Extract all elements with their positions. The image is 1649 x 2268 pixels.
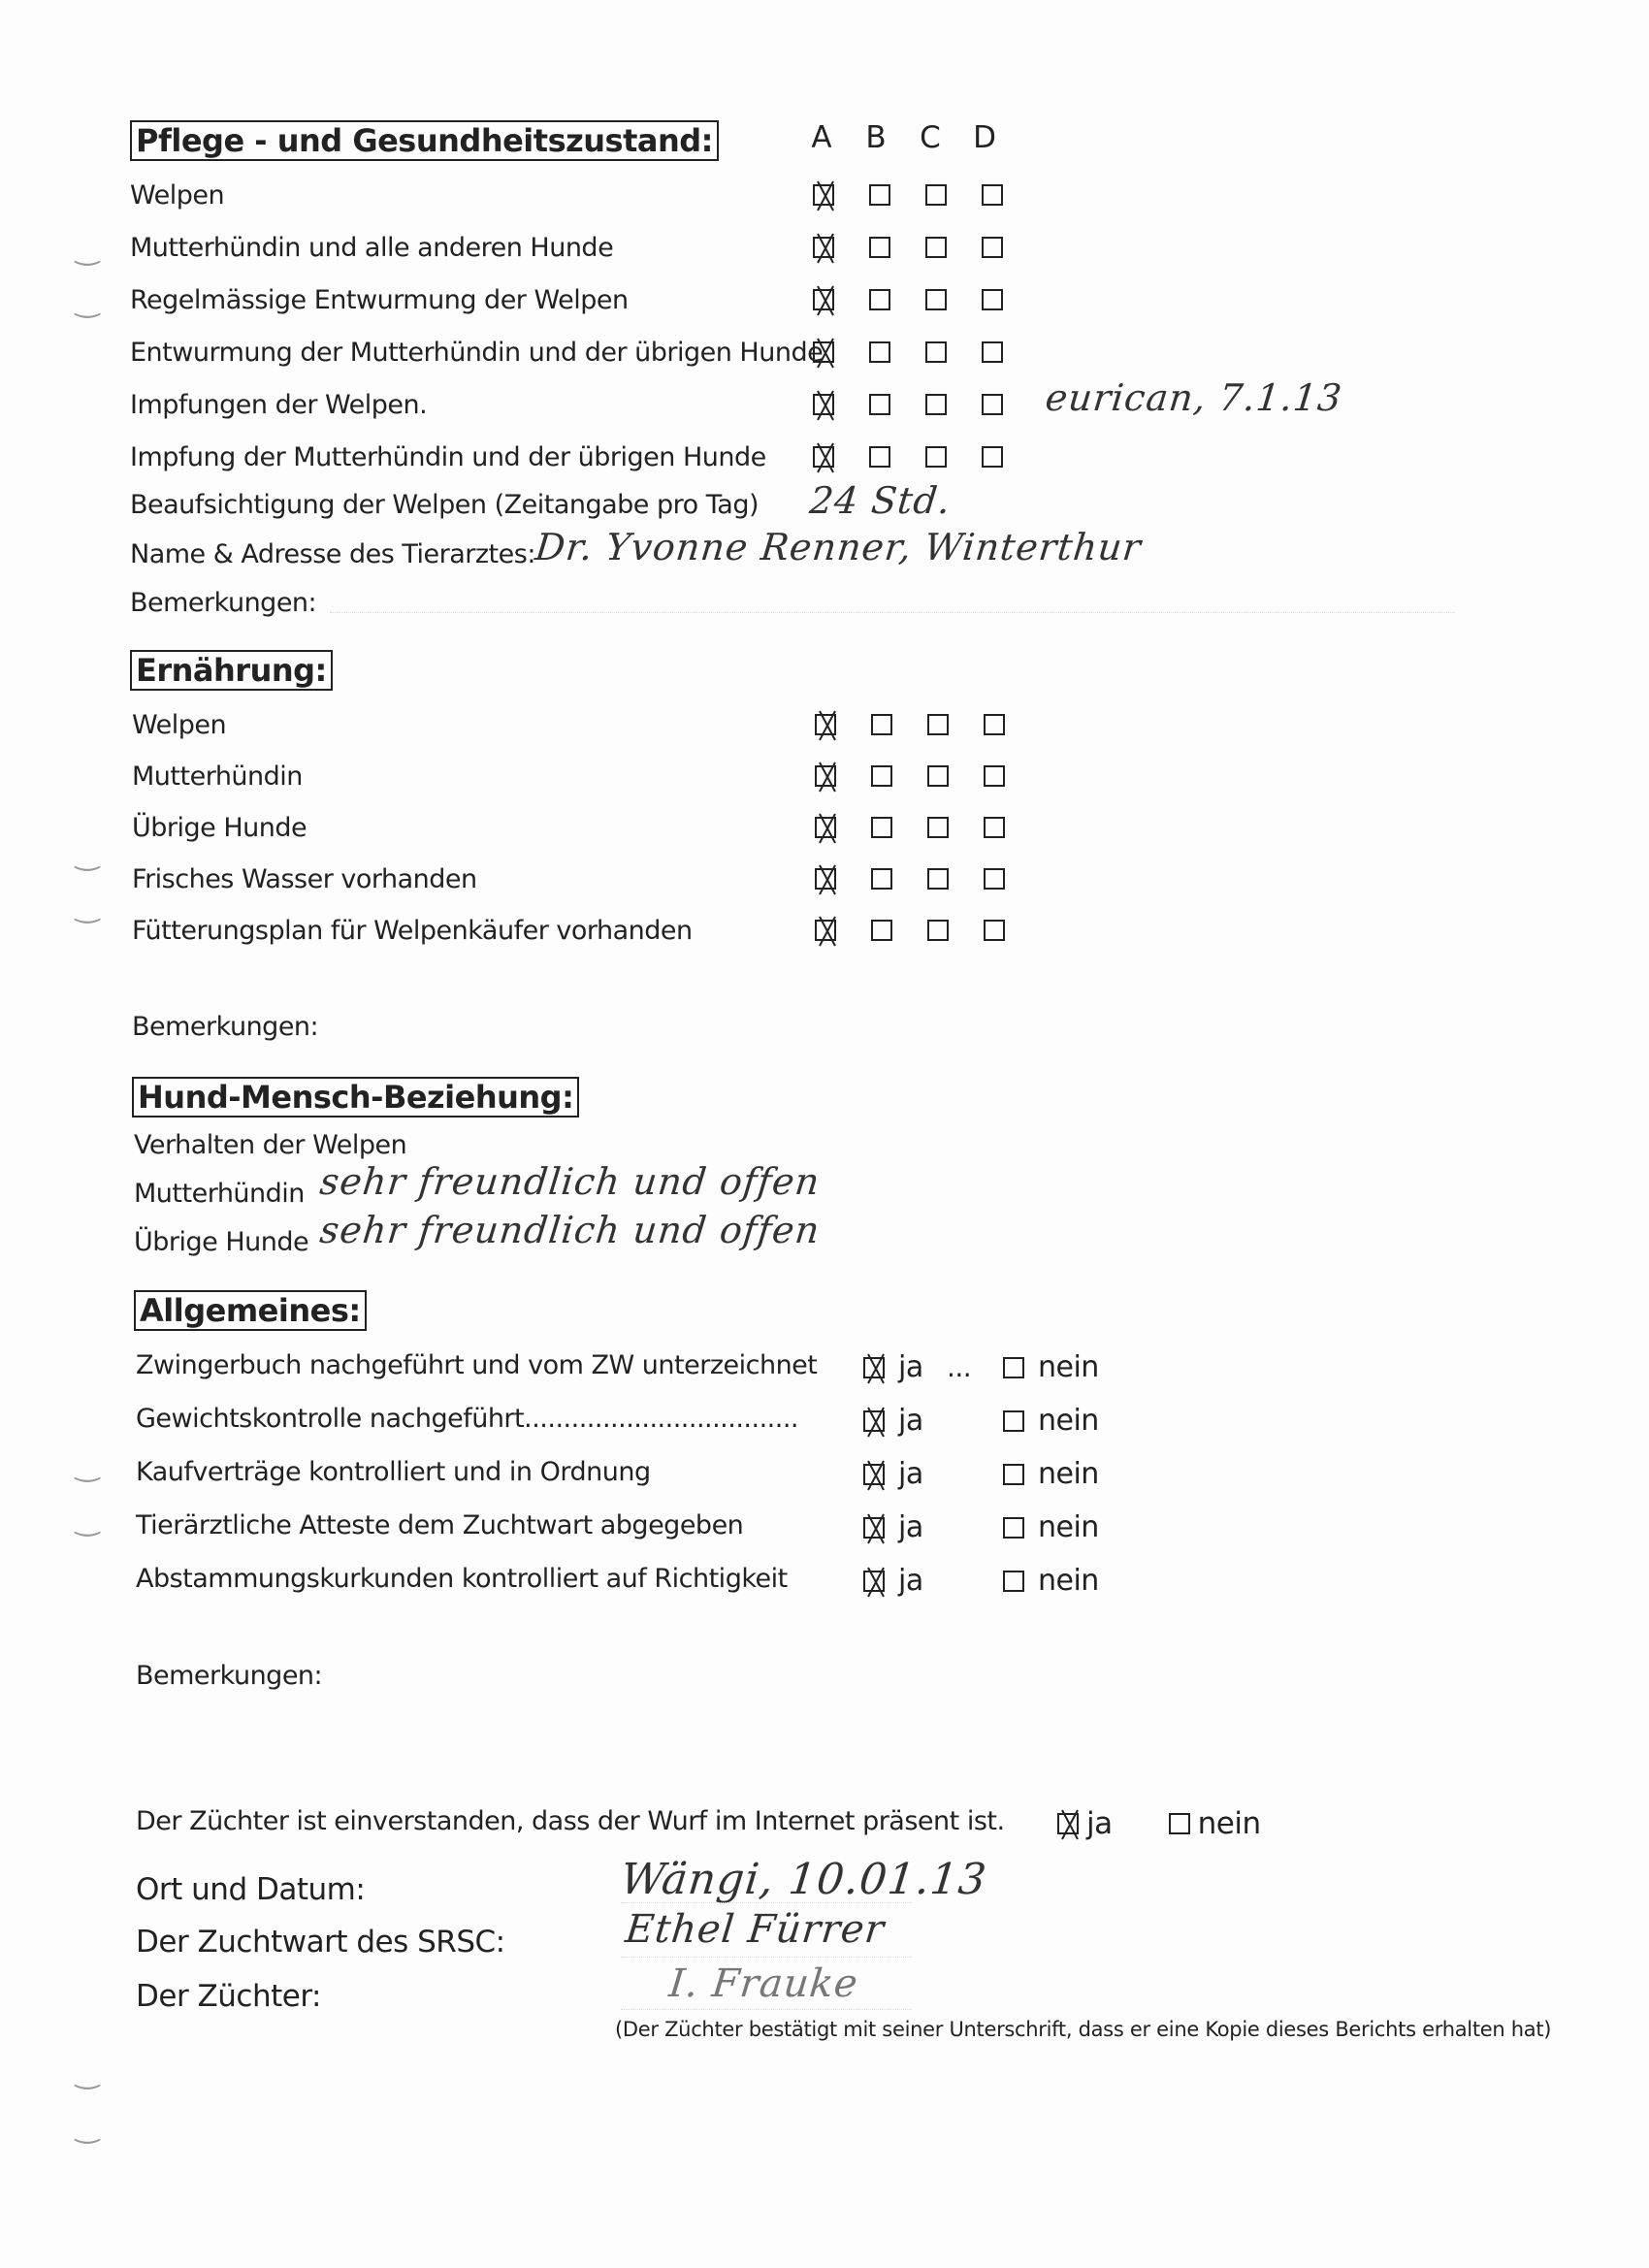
care-row-label: Impfungen der Welpen. [130, 390, 427, 420]
general-row-label: Abstammungskurkunden kontrolliert auf Ri… [136, 1564, 788, 1594]
care-checkbox-d[interactable] [982, 184, 1003, 206]
general-yes-label: ja [898, 1564, 933, 1598]
general-no-label: nein [1038, 1404, 1099, 1438]
margin-mark: ‿ [76, 285, 99, 319]
nutrition-checkbox-c[interactable] [927, 817, 949, 838]
nutrition-checkbox-a[interactable] [815, 714, 836, 735]
nutrition-row-options [815, 714, 1005, 735]
column-a-label: A [797, 120, 846, 155]
nutrition-remarks-label: Bemerkungen: [132, 1012, 318, 1042]
nutrition-row-label: Frisches Wasser vorhanden [132, 864, 477, 894]
nutrition-checkbox-d[interactable] [984, 765, 1005, 787]
general-no-label: nein [1038, 1564, 1099, 1598]
general-row-label: Zwingerbuch nachgeführt und vom ZW unter… [136, 1350, 817, 1380]
nutrition-row-label: Welpen [132, 710, 226, 740]
general-yes-checkbox[interactable] [863, 1517, 885, 1539]
care-checkbox-c[interactable] [925, 237, 947, 258]
nutrition-row-options [815, 868, 1005, 890]
general-no-checkbox[interactable] [1003, 1410, 1024, 1432]
column-labels: A B C D [797, 120, 1009, 155]
relationship-value-others[interactable]: sehr freundlich und offen [318, 1209, 823, 1251]
signature-footnote: (Der Züchter bestätigt mit seiner Unters… [615, 2018, 1551, 2041]
general-yes-label: ja [898, 1404, 933, 1438]
nutrition-checkbox-d[interactable] [984, 714, 1005, 735]
nutrition-row-label: Mutterhündin [132, 761, 303, 792]
general-separator: ... [947, 1351, 989, 1383]
place-date-line [621, 1901, 912, 1903]
care-checkbox-b[interactable] [869, 394, 890, 415]
warden-line [621, 1956, 912, 1958]
general-row-options: ja...nein [863, 1350, 1099, 1384]
care-checkbox-a[interactable] [813, 394, 834, 415]
breeder-label: Der Züchter: [136, 1979, 321, 2014]
nutrition-checkbox-b[interactable] [871, 765, 892, 787]
nutrition-checkbox-b[interactable] [871, 920, 892, 941]
nutrition-row-label: Übrige Hunde [132, 813, 307, 843]
care-checkbox-d[interactable] [982, 394, 1003, 415]
breeder-line [621, 2008, 912, 2010]
general-row-options: janein [863, 1457, 1099, 1491]
care-checkbox-d[interactable] [982, 237, 1003, 258]
care-heading: Pflege - und Gesundheitszustand: [130, 120, 719, 161]
general-no-label: nein [1038, 1457, 1099, 1491]
care-row-options [813, 237, 1003, 258]
care-row-options [813, 394, 1003, 415]
general-yes-checkbox[interactable] [863, 1571, 885, 1592]
care-checkbox-d[interactable] [982, 446, 1003, 468]
general-heading: Allgemeines: [134, 1290, 367, 1331]
care-checkbox-a[interactable] [813, 289, 834, 310]
general-no-label: nein [1038, 1350, 1099, 1384]
general-row-label: Gewichtskontrolle nachgeführt...........… [136, 1404, 798, 1434]
nutrition-checkbox-a[interactable] [815, 868, 836, 890]
column-b-label: B [852, 120, 900, 155]
care-row-label: Mutterhündin und alle anderen Hunde [130, 233, 613, 263]
nutrition-row-options [815, 920, 1005, 941]
general-remarks-label: Bemerkungen: [136, 1661, 322, 1691]
margin-mark: ‿ [76, 1449, 99, 1483]
nutrition-checkbox-c[interactable] [927, 765, 949, 787]
consent-no-label: nein [1198, 1806, 1261, 1841]
margin-mark: ‿ [76, 2111, 99, 2145]
care-checkbox-c[interactable] [925, 446, 947, 468]
general-no-checkbox[interactable] [1003, 1517, 1024, 1539]
place-date-value[interactable]: Wängi, 10.01.13 [618, 1855, 988, 1904]
consent-yes-checkbox[interactable] [1057, 1813, 1079, 1834]
column-c-label: C [906, 120, 954, 155]
nutrition-checkbox-d[interactable] [984, 817, 1005, 838]
care-checkbox-c[interactable] [925, 341, 947, 363]
general-no-label: nein [1038, 1510, 1099, 1544]
care-checkbox-b[interactable] [869, 341, 890, 363]
care-checkbox-c[interactable] [925, 289, 947, 310]
general-yes-label: ja [898, 1350, 933, 1384]
care-checkbox-a[interactable] [813, 341, 834, 363]
relationship-label-mother: Mutterhündin [134, 1179, 305, 1209]
relationship-value-mother[interactable]: sehr freundlich und offen [318, 1160, 823, 1203]
general-row-label: Tierärztliche Atteste dem Zuchtwart abge… [136, 1510, 743, 1540]
warden-label: Der Zuchtwart des SRSC: [136, 1925, 505, 1960]
nutrition-row-label: Fütterungsplan für Welpenkäufer vorhande… [132, 916, 693, 946]
breeder-signature[interactable]: I. Frauke [667, 1961, 860, 2006]
vet-label: Name & Adresse des Tierarztes: [130, 539, 535, 569]
nutrition-checkbox-a[interactable] [815, 920, 836, 941]
care-checkbox-a[interactable] [813, 237, 834, 258]
general-no-checkbox[interactable] [1003, 1357, 1024, 1378]
care-checkbox-a[interactable] [813, 446, 834, 468]
nutrition-checkbox-b[interactable] [871, 868, 892, 890]
care-checkbox-c[interactable] [925, 394, 947, 415]
supervision-value[interactable]: 24 Std. [808, 479, 954, 522]
nutrition-checkbox-b[interactable] [871, 817, 892, 838]
nutrition-checkbox-c[interactable] [927, 920, 949, 941]
general-row-options: janein [863, 1510, 1099, 1544]
care-remarks-label: Bemerkungen: [130, 588, 316, 618]
care-checkbox-d[interactable] [982, 289, 1003, 310]
nutrition-checkbox-d[interactable] [984, 920, 1005, 941]
warden-signature[interactable]: Ethel Fürrer [624, 1907, 888, 1952]
consent-no-checkbox[interactable] [1169, 1813, 1190, 1834]
margin-mark: ‿ [76, 2057, 99, 2090]
general-row-options: janein [863, 1564, 1099, 1598]
care-checkbox-d[interactable] [982, 341, 1003, 363]
relationship-heading: Hund-Mensch-Beziehung: [132, 1077, 579, 1118]
general-row-options: janein [863, 1404, 1099, 1438]
care-row-options [813, 341, 1003, 363]
care-checkbox-b[interactable] [869, 289, 890, 310]
relationship-label-others: Übrige Hunde [134, 1227, 308, 1257]
margin-mark: ‿ [76, 891, 99, 924]
place-date-label: Ort und Datum: [136, 1872, 365, 1907]
general-yes-label: ja [898, 1510, 933, 1544]
nutrition-row-options [815, 817, 1005, 838]
column-d-label: D [960, 120, 1009, 155]
care-row-label: Welpen [130, 180, 224, 211]
care-row-note[interactable]: eurican, 7.1.13 [1044, 376, 1344, 419]
care-row-label: Entwurmung der Mutterhündin und der übri… [130, 338, 823, 368]
nutrition-heading: Ernährung: [130, 650, 333, 691]
care-checkbox-c[interactable] [925, 184, 947, 206]
general-no-checkbox[interactable] [1003, 1571, 1024, 1592]
margin-mark: ‿ [76, 838, 99, 872]
general-yes-checkbox[interactable] [863, 1464, 885, 1485]
nutrition-checkbox-a[interactable] [815, 817, 836, 838]
care-row-label: Impfung der Mutterhündin und der übrigen… [130, 442, 766, 472]
nutrition-row-options [815, 765, 1005, 787]
general-yes-label: ja [898, 1457, 933, 1491]
general-no-checkbox[interactable] [1003, 1464, 1024, 1485]
care-row-options [813, 289, 1003, 310]
general-yes-checkbox[interactable] [863, 1357, 885, 1378]
nutrition-checkbox-a[interactable] [815, 765, 836, 787]
general-yes-checkbox[interactable] [863, 1410, 885, 1432]
vet-value[interactable]: Dr. Yvonne Renner, Winterthur [533, 526, 1144, 568]
nutrition-checkbox-c[interactable] [927, 868, 949, 890]
care-row-label: Regelmässige Entwurmung der Welpen [130, 285, 629, 315]
care-checkbox-a[interactable] [813, 184, 834, 206]
care-remarks-line[interactable] [330, 611, 1455, 613]
care-checkbox-b[interactable] [869, 237, 890, 258]
relationship-label-puppies: Verhalten der Welpen [134, 1130, 406, 1160]
care-checkbox-b[interactable] [869, 446, 890, 468]
care-row-options [813, 446, 1003, 468]
care-row-options [813, 184, 1003, 206]
nutrition-checkbox-b[interactable] [871, 714, 892, 735]
care-checkbox-b[interactable] [869, 184, 890, 206]
margin-mark: ‿ [76, 1504, 99, 1538]
nutrition-checkbox-d[interactable] [984, 868, 1005, 890]
margin-mark: ‿ [76, 233, 99, 267]
nutrition-checkbox-c[interactable] [927, 714, 949, 735]
general-row-label: Kaufverträge kontrolliert und in Ordnung [136, 1457, 651, 1487]
supervision-label: Beaufsichtigung der Welpen (Zeitangabe p… [130, 490, 759, 520]
consent-label: Der Züchter ist einverstanden, dass der … [136, 1806, 1005, 1836]
consent-yes-label: ja [1086, 1806, 1113, 1841]
consent-options: ja nein [1057, 1806, 1261, 1841]
